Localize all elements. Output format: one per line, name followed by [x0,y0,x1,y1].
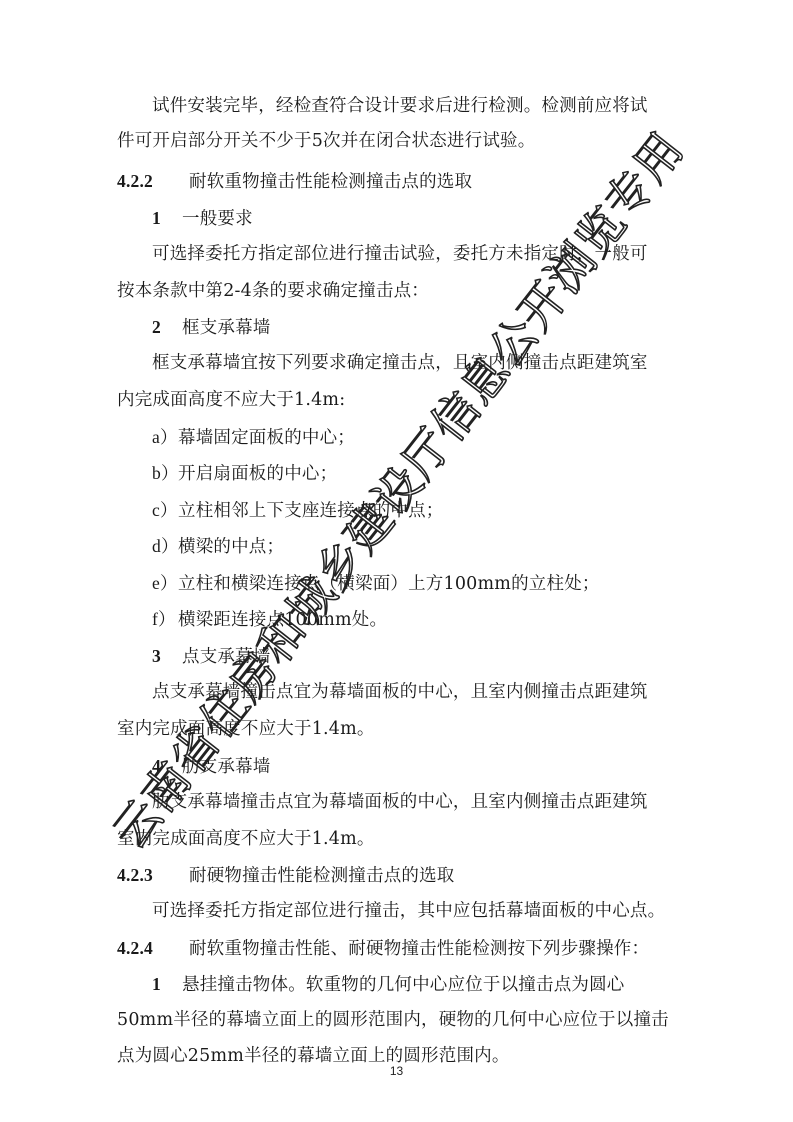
paragraph-line: 室内完成面高度不应大于1.4m。 [117,718,375,740]
item-title: 点支承幕墙 [182,647,271,667]
section-heading-4-2-3: 4.2.3耐硬物撞击性能检测撞击点的选取 [117,864,455,887]
paragraph-line: 件可开启部分开关不少于5次并在闭合状态进行试验。 [117,130,535,152]
section-title: 耐硬物撞击性能检测撞击点的选取 [189,866,455,886]
item-title: 框支承幕墙 [182,318,271,338]
page-number: 13 [0,1064,793,1078]
list-text: 立柱相邻上下支座连接点的中点； [178,501,444,521]
section-title: 耐软重物撞击性能、耐硬物撞击性能检测按下列步骤操作： [189,939,649,959]
list-text: 横梁距连接点100mm处。 [178,610,387,630]
list-item-c: c）立柱相邻上下支座连接点的中点； [152,499,444,522]
list-label: c） [152,499,178,521]
section-number: 4.2.3 [117,864,189,886]
list-text: 幕墙固定面板的中心； [178,428,355,448]
item-number: 2 [152,316,182,338]
list-item-b: b）开启扇面板的中心； [152,462,337,485]
paragraph-line: 可选择委托方指定部位进行撞击，其中应包括幕墙面板的中心点。 [152,900,665,922]
paragraph-line: 试件安装完毕，经检查符合设计要求后进行检测。检测前应将试 [152,95,648,117]
item-title: 一般要求 [182,209,253,229]
item-number: 3 [152,645,182,667]
numbered-item: 2框支承幕墙 [152,316,271,339]
paragraph-line: 内完成面高度不应大于1.4m: [117,389,345,411]
list-item-f: f）横梁距连接点100mm处。 [152,608,387,631]
list-item-d: d）横梁的中点； [152,535,284,558]
item-number: 1 [152,973,182,995]
numbered-item: 1一般要求 [152,207,253,230]
list-label: d） [152,535,178,557]
numbered-item: 3点支承幕墙 [152,645,271,668]
item-title: 肋支承幕墙 [182,757,271,777]
section-heading-4-2-2: 4.2.2耐软重物撞击性能检测撞击点的选取 [117,170,472,193]
paragraph-line: 50mm半径的幕墙立面上的圆形范围内，硬物的几何中心应位于以撞击 [117,1009,669,1031]
section-heading-4-2-4: 4.2.4耐软重物撞击性能、耐硬物撞击性能检测按下列步骤操作： [117,937,649,960]
list-text: 横梁的中点； [178,537,284,557]
list-label: f） [152,608,178,630]
list-text: 开启扇面板的中心； [178,464,337,484]
numbered-item: 4肋支承幕墙 [152,755,271,778]
paragraph-line: 按本条款中第2-4条的要求确定撞击点： [117,280,429,302]
numbered-item: 1悬挂撞击物体。软重物的几何中心应位于以撞击点为圆心 [152,973,625,996]
section-number: 4.2.4 [117,937,189,959]
paragraph-line: 肋支承幕墙撞击点宜为幕墙面板的中心，且室内侧撞击点距建筑 [152,791,648,813]
paragraph-line: 框支承幕墙宜按下列要求确定撞击点，且室内侧撞击点距建筑室 [152,352,648,374]
list-text: 立柱和横梁连接点（横梁面）上方100mm的立柱处； [178,574,600,594]
paragraph-line: 室内完成面高度不应大于1.4m。 [117,828,375,850]
list-label: e） [152,572,178,594]
item-number: 1 [152,207,182,229]
section-title: 耐软重物撞击性能检测撞击点的选取 [189,172,472,192]
list-label: a） [152,426,178,448]
list-item-e: e）立柱和横梁连接点（横梁面）上方100mm的立柱处； [152,572,600,595]
section-number: 4.2.2 [117,170,189,192]
list-item-a: a）幕墙固定面板的中心； [152,426,355,449]
list-label: b） [152,462,178,484]
item-number: 4 [152,755,182,777]
paragraph-line: 点支承幕墙撞击点宜为幕墙面板的中心，且室内侧撞击点距建筑 [152,681,648,703]
document-page: 试件安装完毕，经检查符合设计要求后进行检测。检测前应将试 件可开启部分开关不少于… [0,0,793,1122]
paragraph-line: 可选择委托方指定部位进行撞击试验，委托方未指定时，一般可 [152,243,648,265]
item-title: 悬挂撞击物体。软重物的几何中心应位于以撞击点为圆心 [182,975,625,995]
